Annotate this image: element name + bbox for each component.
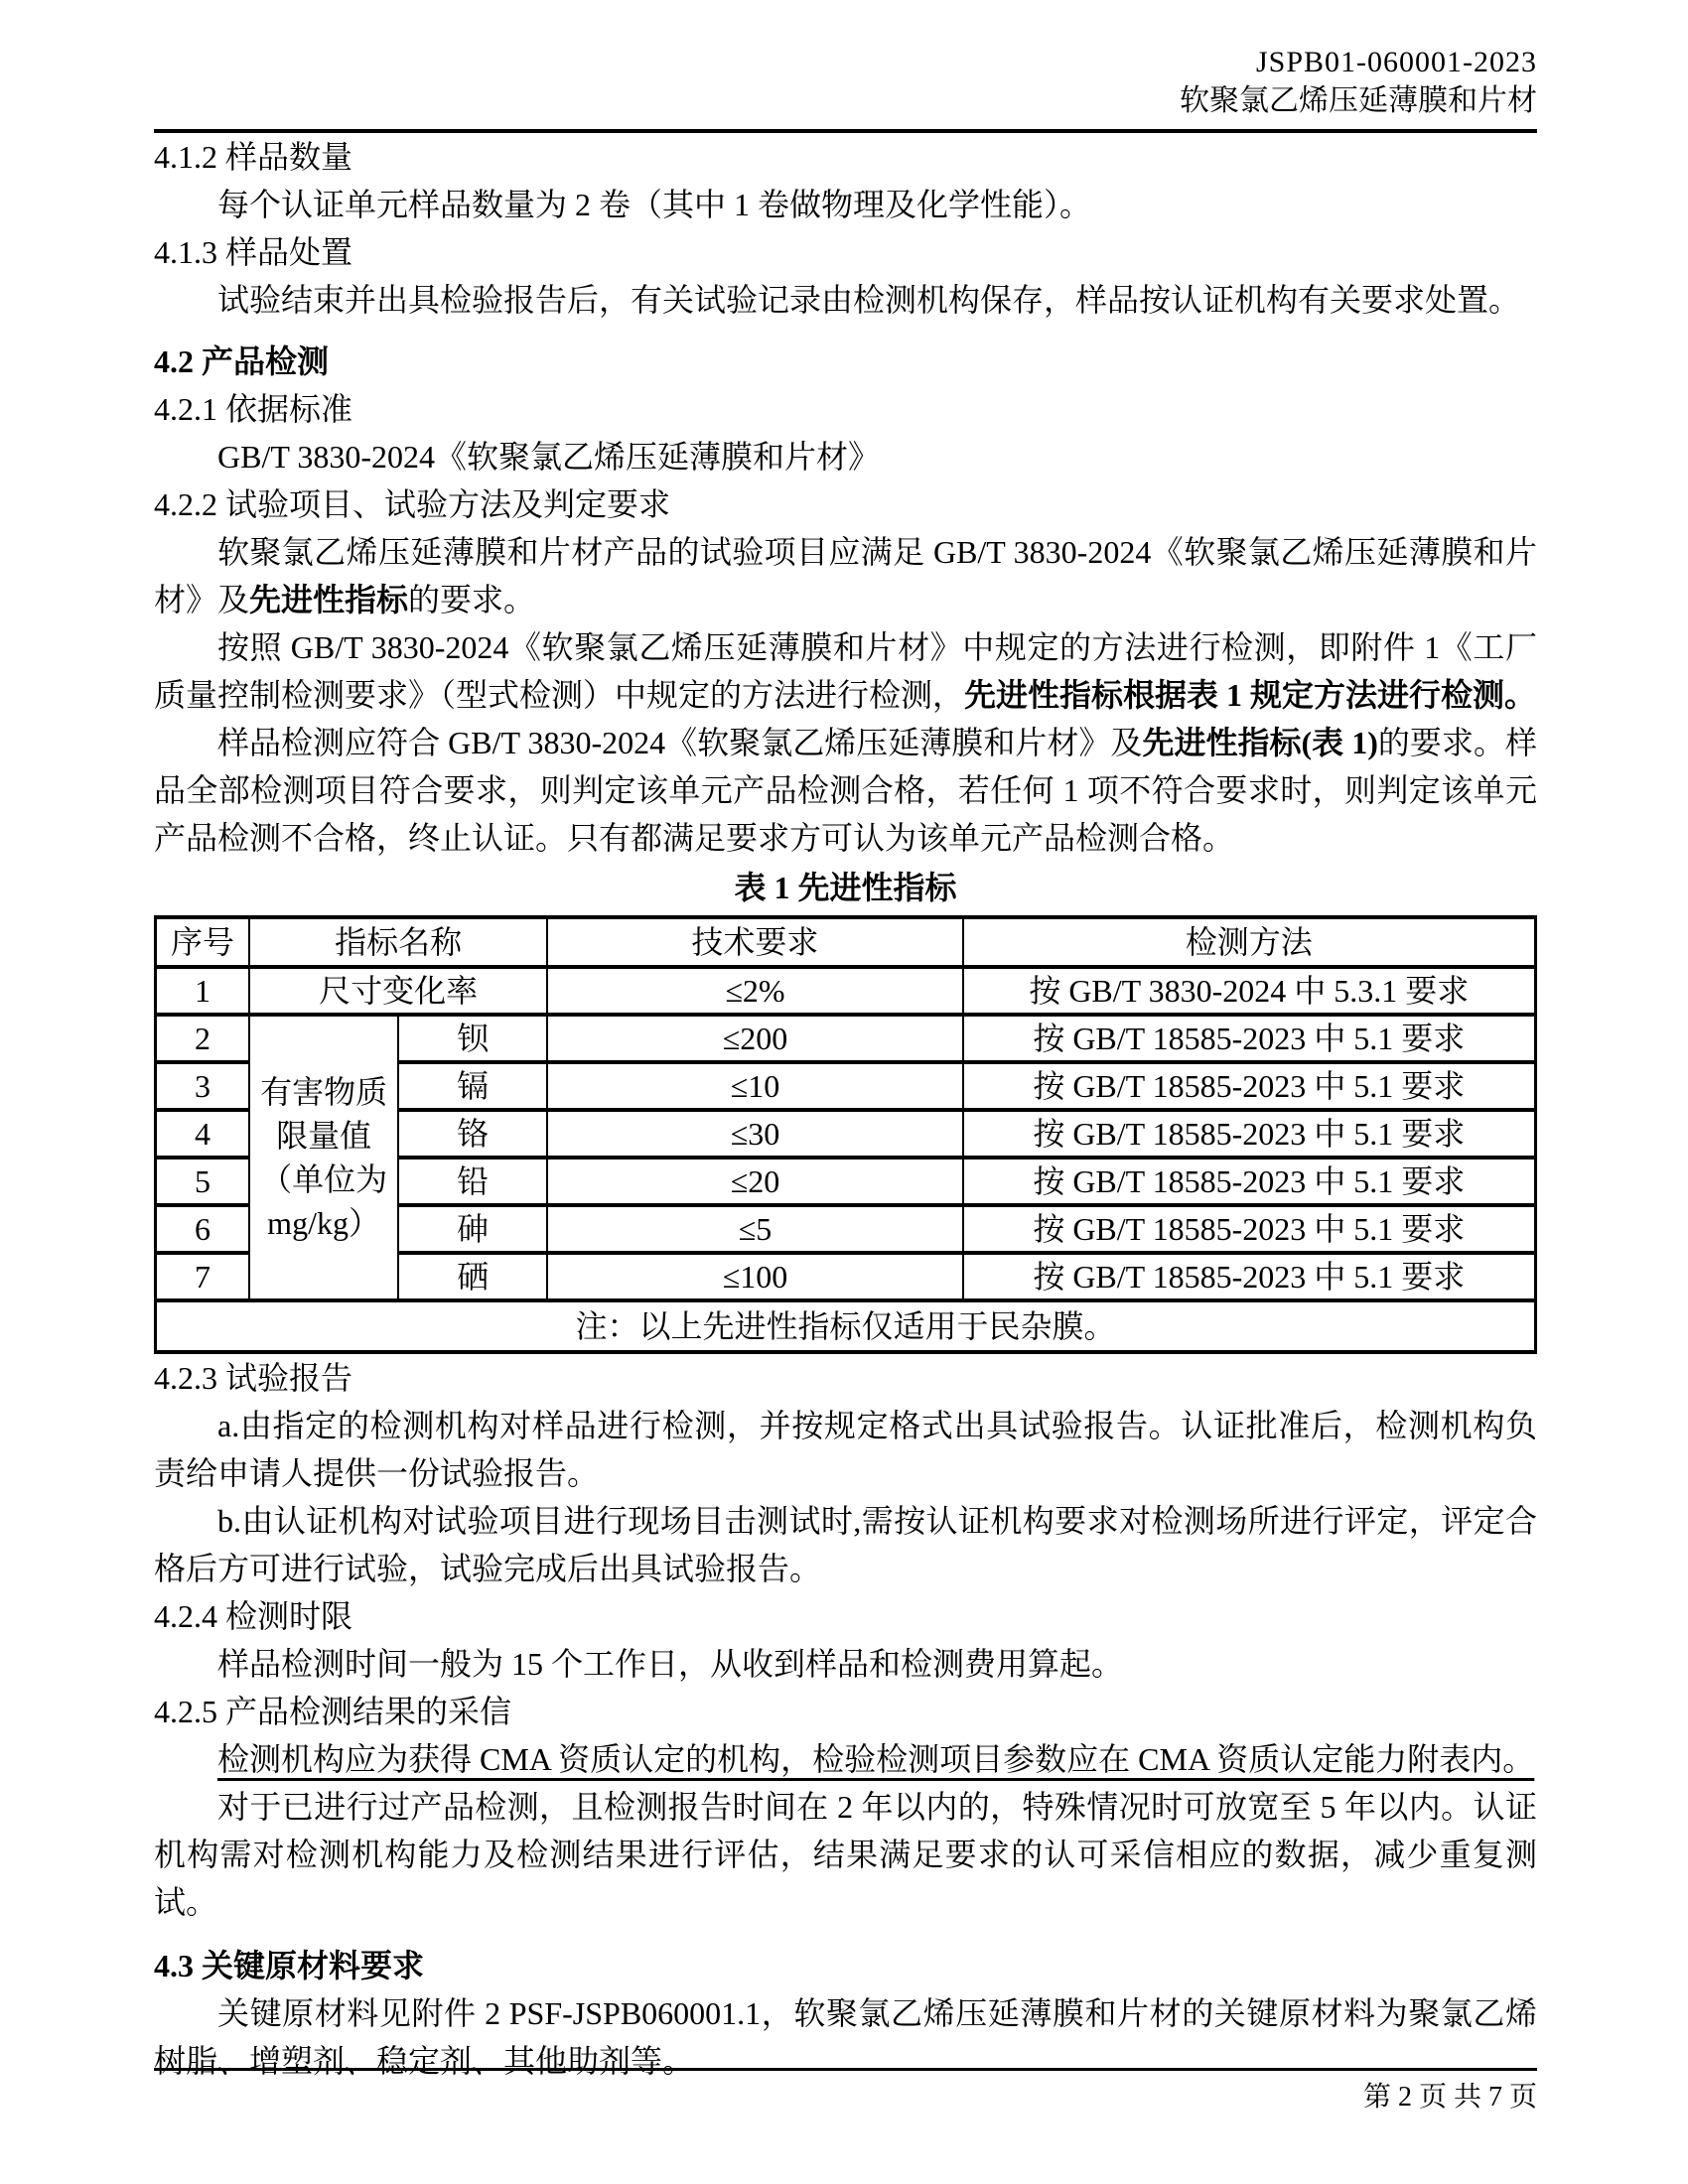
paragraph-4-1-2: 每个认证单元样品数量为 2 卷（其中 1 卷做物理及化学性能）。 bbox=[154, 181, 1537, 228]
paragraph-4-2-5-2: 对于已进行过产品检测，且检测报告时间在 2 年以内的，特殊情况时可放宽至 5 年… bbox=[154, 1783, 1537, 1926]
cell-method: 按 GB/T 18585-2023 中 5.1 要求 bbox=[963, 1110, 1536, 1158]
heading-4-2-1: 4.2.1 依据标准 bbox=[154, 385, 1537, 433]
cell-req: ≤20 bbox=[547, 1158, 962, 1205]
table-row: 2 有害物质 限量值 （单位为 mg/kg） 钡 ≤200 按 GB/T 185… bbox=[156, 1015, 1536, 1062]
cell-no: 4 bbox=[156, 1110, 250, 1158]
cell-name: 硒 bbox=[398, 1253, 547, 1300]
doc-title: 软聚氯乙烯压延薄膜和片材 bbox=[154, 81, 1537, 121]
paragraph-4-2-2-2: 按照 GB/T 3830-2024《软聚氯乙烯压延薄膜和片材》中规定的方法进行检… bbox=[154, 623, 1537, 719]
cell-no: 7 bbox=[156, 1253, 250, 1300]
cell-no: 1 bbox=[156, 967, 250, 1015]
page-header: JSPB01-060001-2023 软聚氯乙烯压延薄膜和片材 bbox=[154, 0, 1537, 133]
cell-name: 尺寸变化率 bbox=[249, 967, 547, 1015]
cell-no: 5 bbox=[156, 1158, 250, 1205]
heading-4-2-2: 4.2.2 试验项目、试验方法及判定要求 bbox=[154, 480, 1537, 528]
paragraph-4-2-3-b: b.由认证机构对试验项目进行现场目击测试时,需按认证机构要求对检测场所进行评定，… bbox=[154, 1497, 1537, 1592]
page-number: 第 2 页 共 7 页 bbox=[1363, 2082, 1537, 2113]
cell-req: ≤30 bbox=[547, 1110, 962, 1158]
header-cell-no: 序号 bbox=[156, 917, 250, 967]
cell-name: 钡 bbox=[398, 1015, 547, 1062]
cell-name: 铅 bbox=[398, 1158, 547, 1205]
heading-4-3: 4.3 关键原材料要求 bbox=[154, 1942, 1537, 1989]
header-cell-req: 技术要求 bbox=[547, 917, 962, 967]
paragraph-4-2-5-underlined: 检测机构应为获得 CMA 资质认定的机构，检验检测项目参数应在 CMA 资质认定… bbox=[154, 1735, 1537, 1783]
paragraph-4-2-4: 样品检测时间一般为 15 个工作日，从收到样品和检测费用算起。 bbox=[154, 1640, 1537, 1688]
text-segment: 的要求。 bbox=[408, 582, 535, 617]
cell-no: 6 bbox=[156, 1205, 250, 1253]
bold-segment: 先进性指标根据表 1 规定方法进行检测。 bbox=[964, 677, 1536, 713]
text-segment: 样品检测应符合 GB/T 3830-2024《软聚氯乙烯压延薄膜和片材》及 bbox=[217, 725, 1142, 760]
page-content: JSPB01-060001-2023 软聚氯乙烯压延薄膜和片材 4.1.2 样品… bbox=[154, 0, 1537, 2085]
heading-4-1-3: 4.1.3 样品处置 bbox=[154, 228, 1537, 276]
cell-req: ≤100 bbox=[547, 1253, 962, 1300]
paragraph-4-2-2-3: 样品检测应符合 GB/T 3830-2024《软聚氯乙烯压延薄膜和片材》及先进性… bbox=[154, 719, 1537, 862]
heading-4-2: 4.2 产品检测 bbox=[154, 338, 1537, 385]
table-row: 1 尺寸变化率 ≤2% 按 GB/T 3830-2024 中 5.3.1 要求 bbox=[156, 967, 1536, 1015]
table1-title: 表 1 先进性指标 bbox=[154, 864, 1537, 911]
cell-method: 按 GB/T 18585-2023 中 5.1 要求 bbox=[963, 1205, 1536, 1253]
page-footer: 第 2 页 共 7 页 bbox=[154, 2068, 1537, 2115]
heading-4-2-4: 4.2.4 检测时限 bbox=[154, 1592, 1537, 1640]
table-header-row: 序号 指标名称 技术要求 检测方法 bbox=[156, 917, 1536, 967]
bold-segment: 先进性指标(表 1) bbox=[1142, 725, 1377, 760]
cell-req: ≤5 bbox=[547, 1205, 962, 1253]
header-cell-method: 检测方法 bbox=[963, 917, 1536, 967]
cell-req: ≤10 bbox=[547, 1062, 962, 1110]
cell-no: 2 bbox=[156, 1015, 250, 1062]
cell-group-label: 有害物质 限量值 （单位为 mg/kg） bbox=[249, 1015, 398, 1300]
cell-method: 按 GB/T 18585-2023 中 5.1 要求 bbox=[963, 1158, 1536, 1205]
heading-4-2-3: 4.2.3 试验报告 bbox=[154, 1354, 1537, 1402]
bold-segment: 先进性指标 bbox=[249, 582, 408, 617]
cell-name: 镉 bbox=[398, 1062, 547, 1110]
paragraph-4-2-3-a: a.由指定的检测机构对样品进行检测，并按规定格式出具试验报告。认证批准后，检测机… bbox=[154, 1402, 1537, 1497]
document-page: JSPB01-060001-2023 软聚氯乙烯压延薄膜和片材 4.1.2 样品… bbox=[0, 0, 1688, 2184]
cell-method: 按 GB/T 3830-2024 中 5.3.1 要求 bbox=[963, 967, 1536, 1015]
cell-req: ≤2% bbox=[547, 967, 962, 1015]
cell-method: 按 GB/T 18585-2023 中 5.1 要求 bbox=[963, 1015, 1536, 1062]
header-cell-name: 指标名称 bbox=[249, 917, 547, 967]
paragraph-4-1-3: 试验结束并出具检验报告后，有关试验记录由检测机构保存，样品按认证机构有关要求处置… bbox=[154, 276, 1537, 324]
document-body: 4.1.2 样品数量 每个认证单元样品数量为 2 卷（其中 1 卷做物理及化学性… bbox=[154, 133, 1537, 2085]
cell-name: 铬 bbox=[398, 1110, 547, 1158]
cell-method: 按 GB/T 18585-2023 中 5.1 要求 bbox=[963, 1062, 1536, 1110]
heading-4-1-2: 4.1.2 样品数量 bbox=[154, 133, 1537, 181]
table-note: 注：以上先进性指标仅适用于民杂膜。 bbox=[156, 1300, 1536, 1352]
heading-4-2-5: 4.2.5 产品检测结果的采信 bbox=[154, 1688, 1537, 1735]
table-note-row: 注：以上先进性指标仅适用于民杂膜。 bbox=[156, 1300, 1536, 1352]
cell-name: 砷 bbox=[398, 1205, 547, 1253]
doc-code: JSPB01-060001-2023 bbox=[154, 44, 1537, 81]
cell-no: 3 bbox=[156, 1062, 250, 1110]
paragraph-4-2-2-1: 软聚氯乙烯压延薄膜和片材产品的试验项目应满足 GB/T 3830-2024《软聚… bbox=[154, 528, 1537, 623]
cell-method: 按 GB/T 18585-2023 中 5.1 要求 bbox=[963, 1253, 1536, 1300]
table1: 序号 指标名称 技术要求 检测方法 1 尺寸变化率 ≤2% 按 GB/T 383… bbox=[154, 915, 1537, 1354]
cell-req: ≤200 bbox=[547, 1015, 962, 1062]
paragraph-4-2-1: GB/T 3830-2024《软聚氯乙烯压延薄膜和片材》 bbox=[154, 433, 1537, 480]
